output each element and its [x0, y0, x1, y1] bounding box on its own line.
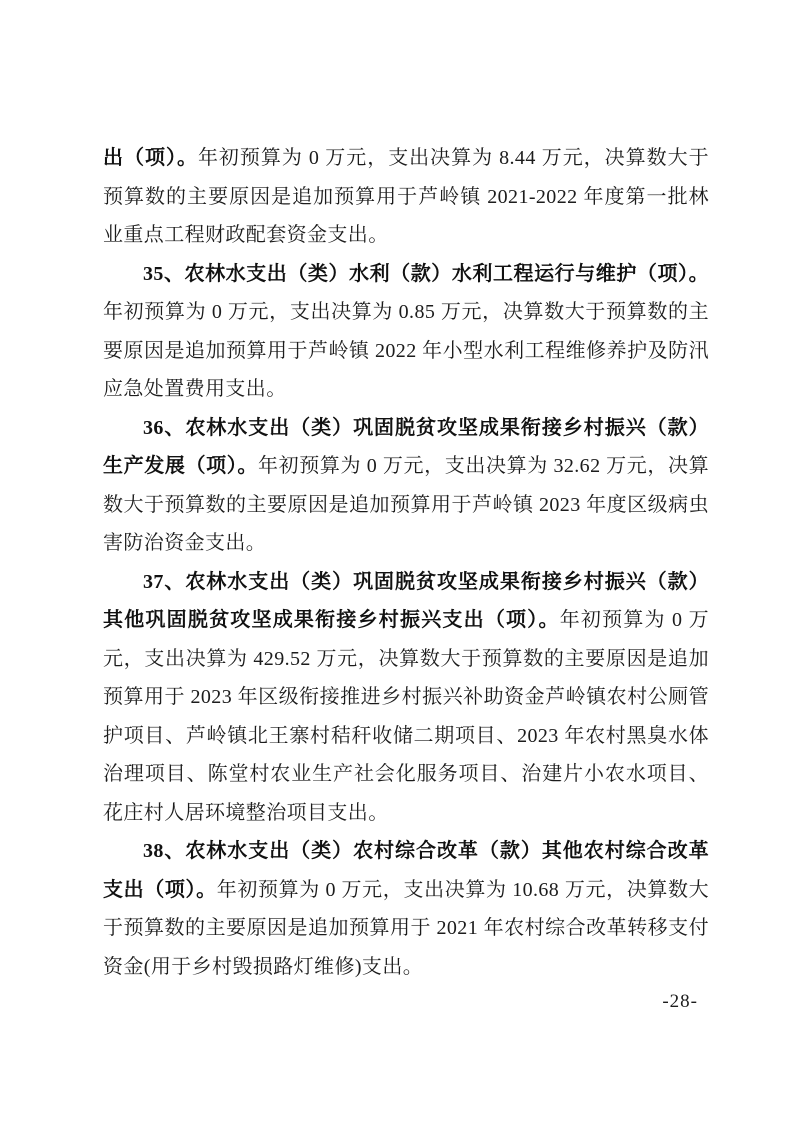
paragraph-item-35: 35、农林水支出（类）水利（款）水利工程运行与维护（项）。年初预算为 0 万元，…: [103, 255, 709, 409]
paragraph-item-37: 37、农林水支出（类）巩固脱贫攻坚成果衔接乡村振兴（款）其他巩固脱贫攻坚成果衔接…: [103, 563, 709, 833]
page-number: -28-: [662, 991, 698, 1013]
paragraph-heading: 出（项）。: [103, 147, 198, 169]
paragraph-item-36: 36、农林水支出（类）巩固脱贫攻坚成果衔接乡村振兴（款）生产发展（项）。年初预算…: [103, 409, 709, 563]
paragraph-continuation-item-34: 出（项）。年初预算为 0 万元，支出决算为 8.44 万元，决算数大于预算数的主…: [103, 139, 709, 255]
document-page: 出（项）。年初预算为 0 万元，支出决算为 8.44 万元，决算数大于预算数的主…: [0, 0, 793, 1122]
paragraph-body: 年初预算为 0 万元，支出决算为 429.52 万元，决算数大于预算数的主要原因…: [103, 609, 709, 824]
document-text-block: 出（项）。年初预算为 0 万元，支出决算为 8.44 万元，决算数大于预算数的主…: [103, 139, 709, 986]
paragraph-heading: 35、农林水支出（类）水利（款）水利工程运行与维护（项）。: [143, 263, 709, 285]
paragraph-item-38: 38、农林水支出（类）农村综合改革（款）其他农村综合改革支出（项）。年初预算为 …: [103, 832, 709, 986]
paragraph-body: 年初预算为 0 万元，支出决算为 0.85 万元，决算数大于预算数的主要原因是追…: [103, 301, 709, 400]
